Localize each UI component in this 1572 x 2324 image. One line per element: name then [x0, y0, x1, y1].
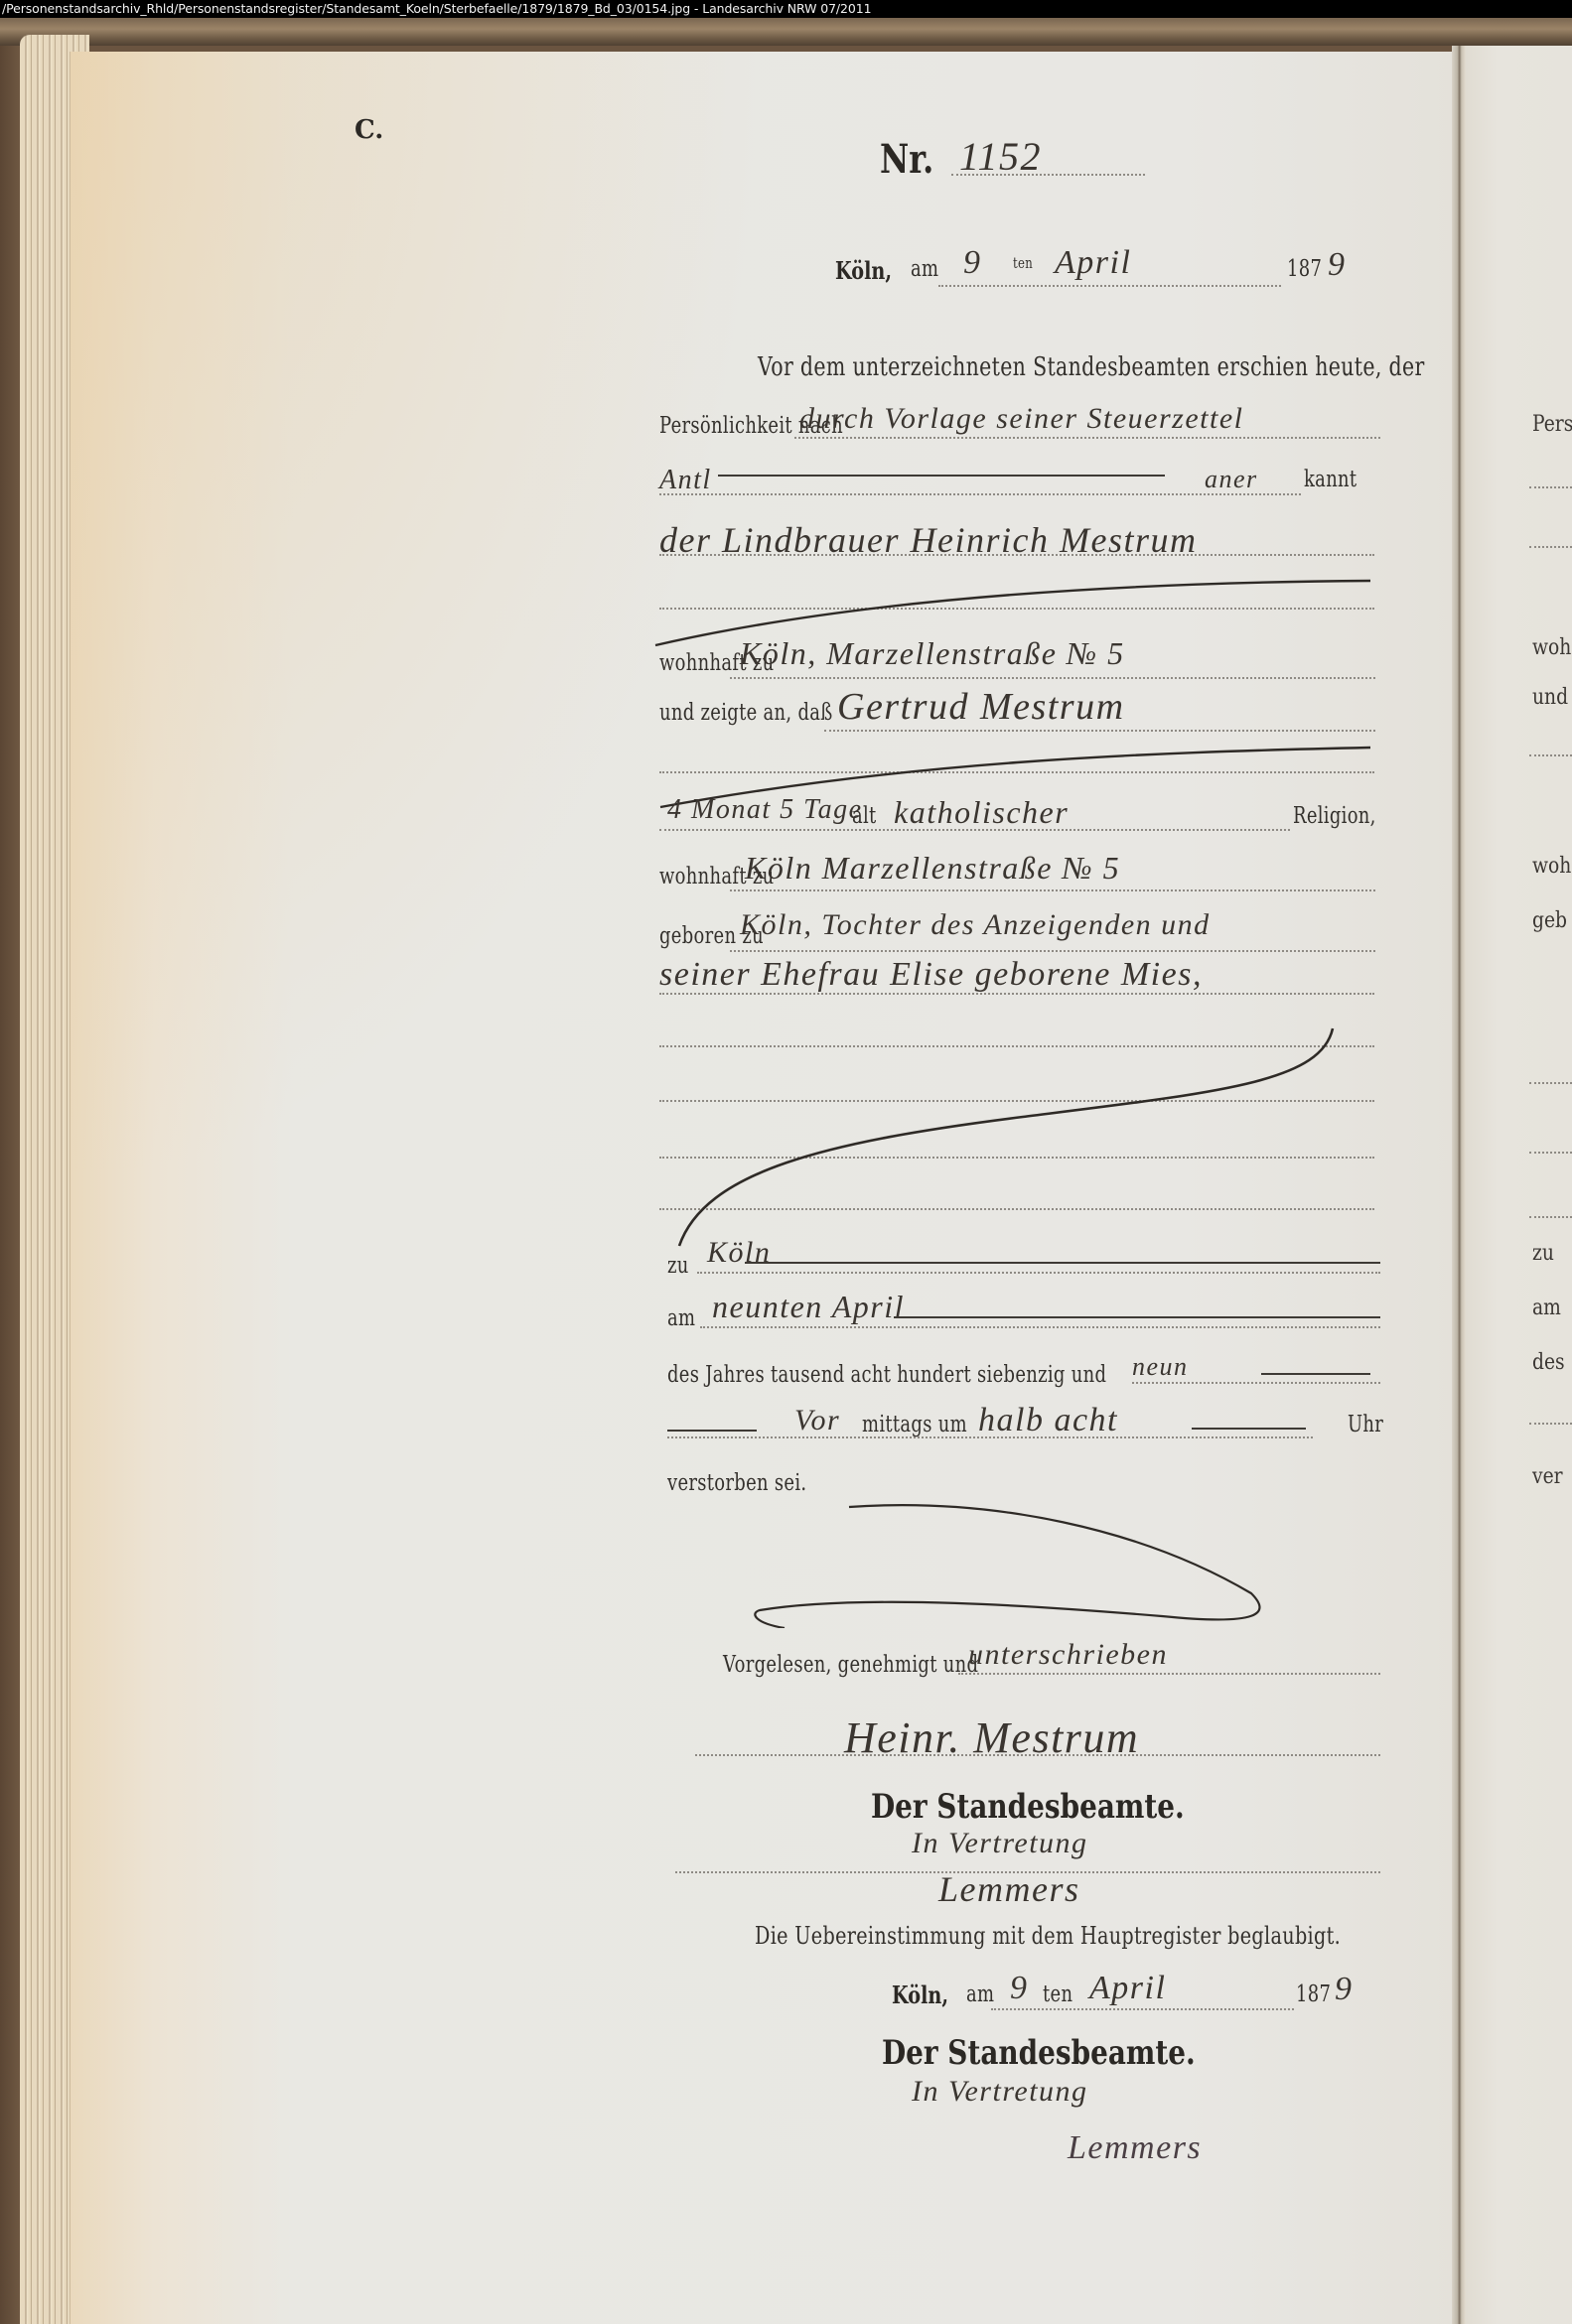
- facing-page-dotted-line: [1529, 1423, 1572, 1425]
- dotted-line: [730, 950, 1375, 952]
- cert-year-printed: 187: [1296, 1982, 1331, 2007]
- dotted-line: [730, 889, 1375, 891]
- time-label: mittags um: [862, 1412, 967, 1437]
- personality-value: durch Vorlage seiner Steuerzettel: [799, 402, 1243, 436]
- dash-stroke: [1192, 1428, 1306, 1430]
- time-prefix-value: Vor: [794, 1404, 840, 1437]
- facing-page-dotted-line: [1529, 1216, 1572, 1218]
- cert-deputy-label: In Vertretung: [912, 2075, 1088, 2109]
- signature-line: [695, 1754, 1380, 1756]
- cert-city-label: Köln,: [892, 1981, 948, 2009]
- book-gutter: [1452, 46, 1466, 2324]
- read-label: Vorgelesen, genehmigt und: [723, 1652, 978, 1678]
- facing-page-dotted-line: [1529, 1152, 1572, 1154]
- city-label: Köln,: [835, 256, 892, 285]
- time-suffix: Uhr: [1348, 1412, 1383, 1437]
- death-date-value: neunten April: [712, 1289, 905, 1325]
- dotted-line: [700, 1326, 1380, 1328]
- closing-flourish-stroke: [745, 1499, 1271, 1628]
- year-hand: 9: [1328, 246, 1347, 284]
- dash-stroke: [667, 1430, 757, 1432]
- dotted-line: [958, 1673, 1380, 1675]
- intro-line: Vor dem unterzeichneten Standesbeamten e…: [758, 352, 1425, 382]
- book-top-edge: [0, 18, 1572, 46]
- known-hand-left: Antl: [659, 465, 712, 496]
- facing-page-text: am: [1532, 1296, 1561, 1320]
- dotted-line: [1132, 1382, 1380, 1384]
- cert-date-day: 9: [1010, 1970, 1029, 2007]
- registrar-title: Der Standesbeamte.: [871, 1787, 1185, 1827]
- facing-page: [1466, 46, 1572, 2324]
- dotted-line: [659, 829, 1290, 831]
- dotted-line: [991, 2008, 1294, 2010]
- facing-page-text: Pers: [1532, 412, 1572, 437]
- dotted-line: [659, 993, 1374, 995]
- age-value: 4 Monat 5 Tage: [667, 794, 863, 826]
- residence1-value: Köln, Marzellenstraße № 5: [740, 635, 1125, 672]
- residence2-value: Köln Marzellenstraße № 5: [745, 850, 1120, 887]
- religion-label: Religion,: [1293, 803, 1376, 829]
- am-label: am: [911, 256, 938, 282]
- read-value: unterschrieben: [968, 1638, 1168, 1672]
- announced-label: und zeigte an, daß: [659, 700, 833, 726]
- age-label: alt: [852, 803, 877, 829]
- dash-stroke: [1261, 1373, 1370, 1375]
- died-label: verstorben sei.: [667, 1470, 806, 1496]
- certification-line: Die Uebereinstimmung mit dem Hauptregist…: [755, 1922, 1341, 1950]
- dotted-line: [794, 437, 1380, 439]
- record-number-label: Nr.: [880, 136, 933, 183]
- cert-date-month: April: [1089, 1970, 1166, 2007]
- year-line: des Jahres tausend acht hundert siebenzi…: [667, 1362, 1106, 1388]
- dotted-line: [730, 677, 1375, 679]
- cancel-flourish-stroke: [665, 1023, 1341, 1251]
- cert-am-label: am: [966, 1982, 994, 2007]
- dotted-line: [951, 174, 1145, 176]
- ten-label: ten: [1013, 254, 1033, 272]
- facing-page-dotted-line: [1529, 486, 1572, 488]
- deputy-label: In Vertretung: [912, 1827, 1088, 1860]
- dotted-line: [659, 554, 1374, 556]
- window-title: /Personenstandsarchiv_Rhld/Personenstand…: [2, 1, 871, 16]
- year-printed: 187: [1287, 256, 1322, 282]
- dotted-line: [824, 730, 1375, 732]
- date-month: April: [1055, 244, 1131, 282]
- born-value: Köln, Tochter des Anzeigenden und: [740, 908, 1211, 942]
- year-hand-value: neun: [1132, 1352, 1189, 1382]
- date-day: 9: [963, 244, 982, 282]
- dotted-line: [938, 285, 1281, 287]
- facing-page-dotted-line: [1529, 754, 1572, 756]
- known-hand-right: aner: [1205, 465, 1258, 494]
- cert-deputy-signature: Lemmers: [1068, 2129, 1202, 2167]
- facing-page-dotted-line: [1529, 546, 1572, 548]
- dash-stroke: [718, 475, 1165, 477]
- death-place-label: zu: [667, 1253, 689, 1279]
- facing-page-dotted-line: [1529, 1082, 1572, 1084]
- death-place-value: Köln: [707, 1236, 771, 1270]
- dotted-line: [697, 1272, 1380, 1274]
- death-date-label: am: [667, 1305, 695, 1331]
- cert-registrar-title: Der Standesbeamte.: [882, 2033, 1196, 2073]
- deceased-name: Gertrud Mestrum: [837, 685, 1125, 729]
- parents-value: seiner Ehefrau Elise geborene Mies,: [659, 956, 1203, 994]
- record-number: 1152: [959, 133, 1042, 180]
- deputy-signature: Lemmers: [938, 1868, 1080, 1910]
- dotted-line: [659, 493, 1301, 495]
- facing-page-text: ver: [1532, 1464, 1563, 1489]
- corner-mark: C.: [355, 115, 383, 145]
- facing-page-text: und: [1532, 685, 1568, 710]
- facing-page-text: des: [1532, 1350, 1565, 1375]
- facing-page-text: woh: [1532, 854, 1571, 879]
- window-title-bar: /Personenstandsarchiv_Rhld/Personenstand…: [0, 0, 1572, 18]
- dash-stroke: [894, 1316, 1380, 1318]
- facing-page-text: woh: [1532, 635, 1571, 660]
- time-value: halb acht: [978, 1402, 1118, 1439]
- known-label: kannt: [1304, 467, 1357, 492]
- facing-page-text: geb: [1532, 908, 1567, 933]
- facing-page-text: zu: [1532, 1241, 1554, 1266]
- dotted-line: [667, 1436, 1313, 1438]
- cert-year-hand: 9: [1335, 1971, 1354, 2008]
- cert-ten-label: ten: [1043, 1982, 1072, 2007]
- dash-stroke: [745, 1262, 1380, 1264]
- religion-value: katholischer: [894, 794, 1069, 831]
